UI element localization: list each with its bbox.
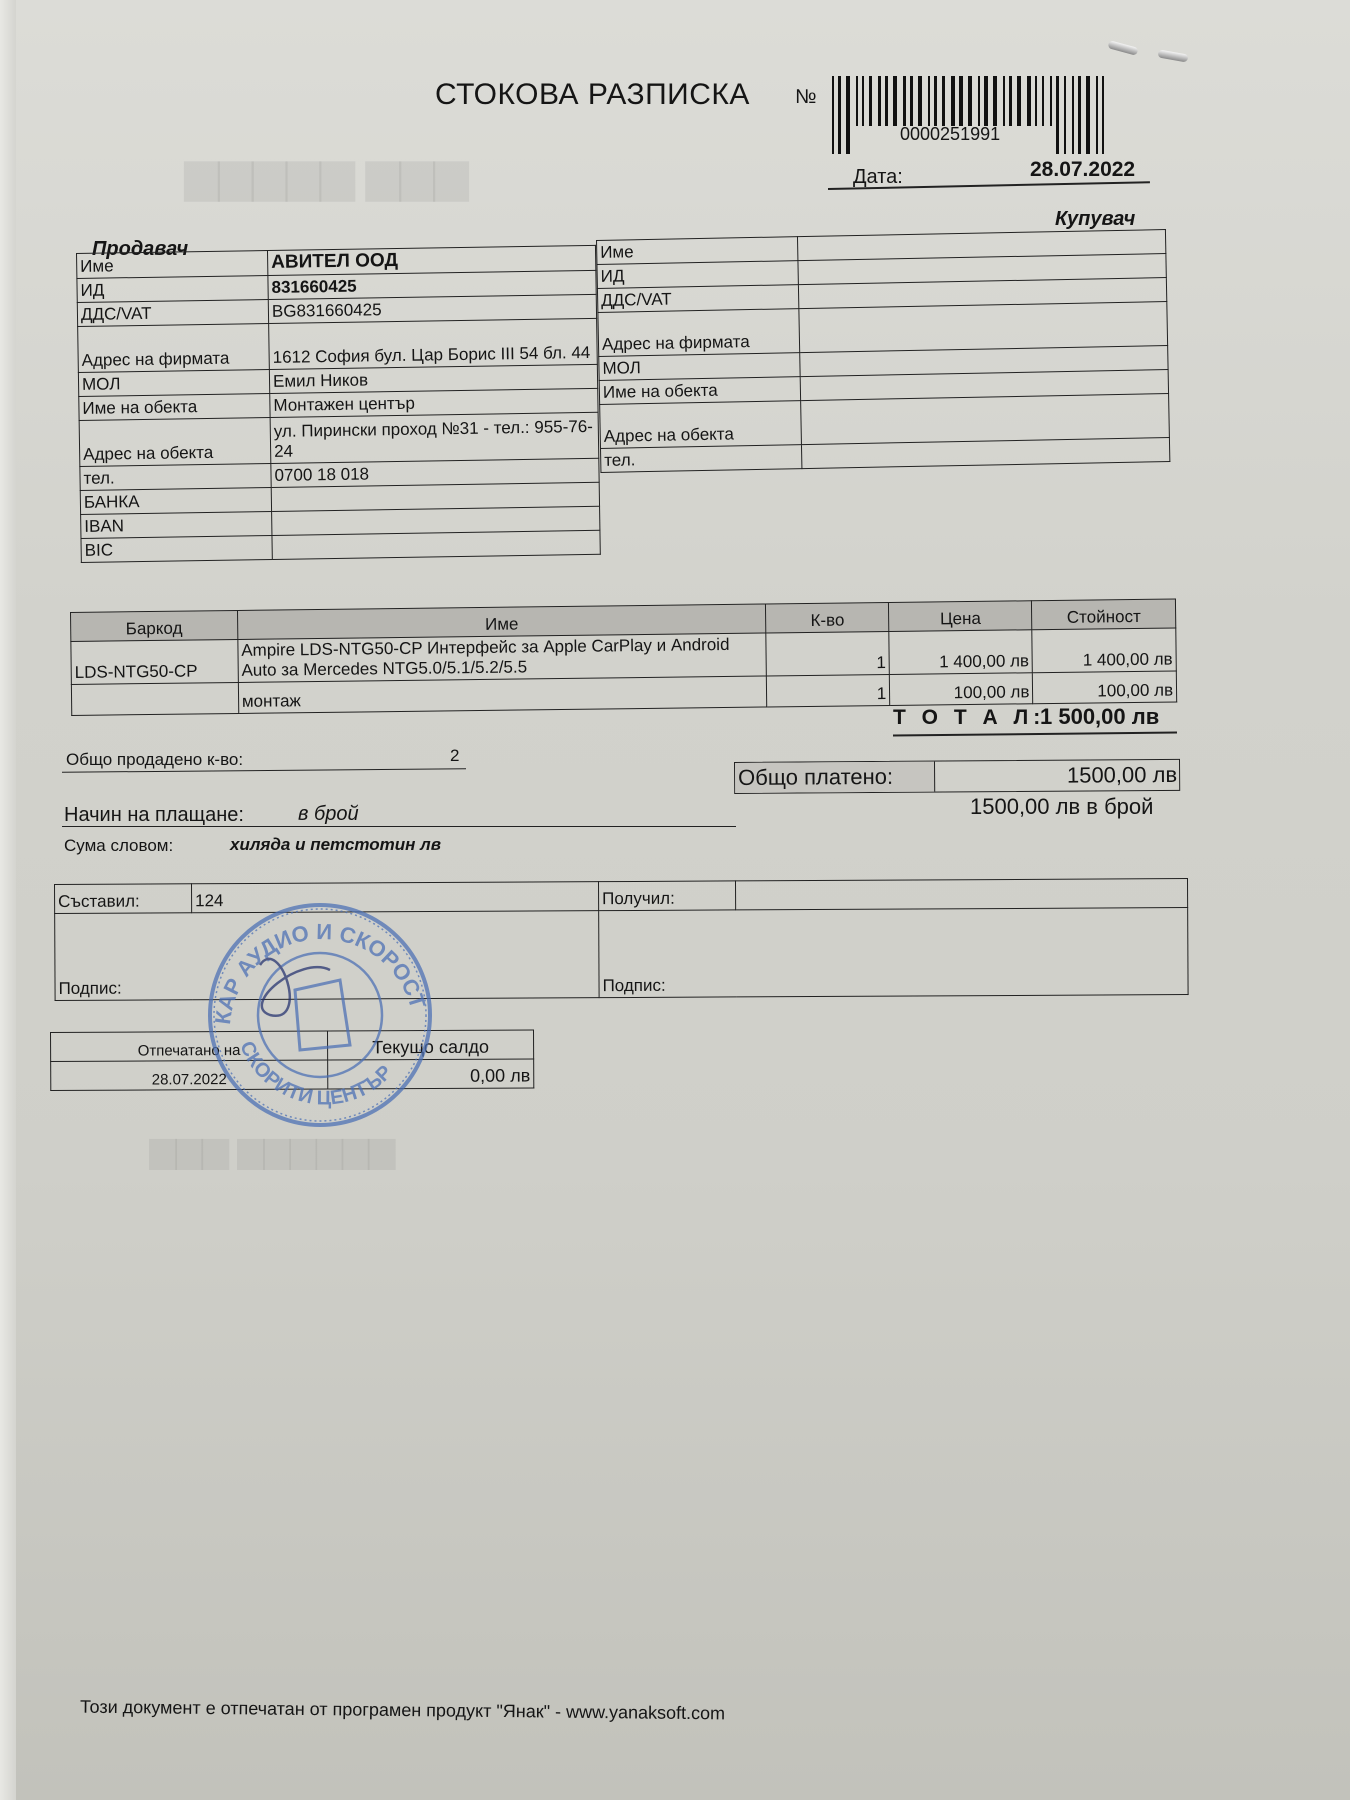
col-header-qty: К-во <box>766 602 889 632</box>
item-name: Ampire LDS-NTG50-CP Интерфейс за Apple C… <box>238 633 767 682</box>
date-label: Дата: <box>853 166 903 189</box>
total-paid-value: 1500,00 лв <box>935 760 1179 792</box>
items-table: Баркод Име К-во Цена Стойност LDS-NTG50-… <box>70 598 1177 716</box>
seller-field-label: тел. <box>80 463 271 490</box>
item-qty: 1 <box>767 674 890 706</box>
received-by-value <box>735 879 1187 910</box>
item-price: 1 400,00 лв <box>889 630 1033 675</box>
seller-field-label: Име <box>77 250 268 278</box>
total-qty-value: 2 <box>450 746 459 766</box>
seller-field-label: BIC <box>81 535 272 562</box>
svg-text:КАР АУДИО И СКОРОСТИ: КАР АУДИО И СКОРОСТИ <box>200 895 431 1026</box>
number-sign: № <box>795 86 816 109</box>
document-title: СТОКОВА РАЗПИСКА <box>435 78 750 112</box>
seller-row: Адрес на обектаул. Пирински проход №31 -… <box>79 412 599 466</box>
bleed-through-text: ▆▆▆▆▆ ▆▆▆ <box>185 150 468 201</box>
item-amount: 1 400,00 лв <box>1032 628 1176 673</box>
buyer-field-label: тел. <box>601 445 802 473</box>
seller-field-label: IBAN <box>81 511 272 538</box>
amount-in-words-label: Сума словом: <box>64 836 173 856</box>
seller-field-label: Адрес на обекта <box>79 417 271 466</box>
paid-in-cash-text: 1500,00 лв в брой <box>970 794 1153 820</box>
col-header-barcode: Баркод <box>71 610 238 641</box>
seller-row: Адрес на фирмата1612 София бул. Цар Бори… <box>78 318 598 372</box>
item-barcode: LDS-NTG50-CP <box>71 639 238 684</box>
buyer-table: ИмеИДДДС/VATАдрес на фирматаМОЛИме на об… <box>596 229 1170 473</box>
seller-field-label: ДДС/VAT <box>77 299 268 326</box>
buyer-heading: Купувач <box>1055 208 1135 231</box>
total-qty-label: Общо продадено к-во: <box>66 750 243 770</box>
payment-method-value: в брой <box>298 803 359 826</box>
total-value: 1 500,00 лв <box>1040 704 1159 730</box>
seller-table: ИмеАВИТЕЛ ООДИД831660425ДДС/VATBG8316604… <box>76 245 601 563</box>
total-paid-label: Общо платено: <box>735 762 935 793</box>
amount-in-words-value: хиляда и петстотин лв <box>230 835 441 855</box>
company-stamp-icon: КАР АУДИО И СКОРОСТИ СКОРИТИ ЦЕНТЪР <box>200 895 440 1135</box>
col-header-amount: Стойност <box>1032 599 1176 630</box>
payment-method-label: Начин на плащане: <box>64 804 244 827</box>
bleed-through-text: ▆▆▆ ▆▆▆▆▆▆ <box>150 1130 395 1170</box>
seller-field-value <box>272 530 600 559</box>
date-value: 28.07.2022 <box>1030 158 1135 182</box>
item-name: монтаж <box>238 676 767 713</box>
payment-method-underline <box>62 826 736 827</box>
signature-right: Подпис: <box>599 908 1188 998</box>
seller-field-value: ул. Пирински проход №31 - тел.: 955-76-2… <box>270 412 599 463</box>
seller-field-label: МОЛ <box>78 369 269 396</box>
document-number: 0000251991 <box>900 124 1000 145</box>
buyer-field-label: Адрес на фирмата <box>598 309 800 357</box>
seller-field-label: БАНКА <box>80 487 271 514</box>
buyer-field-value <box>799 302 1168 353</box>
item-amount: 100,00 лв <box>1033 671 1177 704</box>
buyer-field-label: Адрес на обекта <box>600 401 802 449</box>
buyer-field-value <box>801 394 1170 445</box>
seller-field-label: ИД <box>77 275 268 302</box>
item-barcode <box>71 682 238 715</box>
total-label: Т О Т А Л: <box>893 706 1045 730</box>
item-price: 100,00 лв <box>890 673 1033 706</box>
compiled-by-label: Съставил: <box>55 884 192 914</box>
col-header-price: Цена <box>889 601 1032 632</box>
total-paid-box: Общо платено: 1500,00 лв <box>734 759 1180 794</box>
received-by-label: Получил: <box>598 881 735 911</box>
seller-field-label: Адрес на фирмата <box>78 323 270 372</box>
paper-edge <box>0 0 16 1800</box>
item-qty: 1 <box>766 631 889 675</box>
seller-field-label: Име на обекта <box>79 393 270 420</box>
seller-field-value: 1612 София бул. Цар Борис III 54 бл. 44 <box>269 318 598 369</box>
